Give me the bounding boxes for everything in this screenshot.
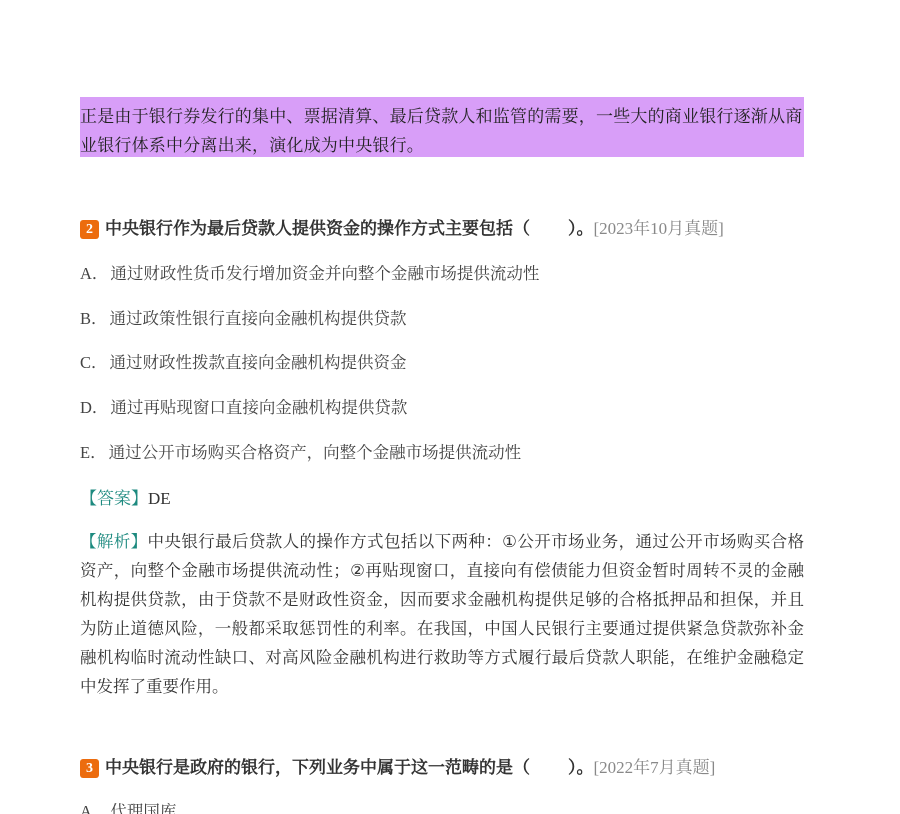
question-source: [2022年7月真题] bbox=[594, 758, 716, 777]
option-c: C．通过财政性拨款直接向金融机构提供资金 bbox=[80, 349, 407, 373]
option-a: A．代理国库 bbox=[80, 798, 176, 814]
option-b: B．通过政策性银行直接向金融机构提供贷款 bbox=[80, 305, 407, 329]
highlighted-passage-text: 正是由于银行券发行的集中、票据清算、最后贷款人和监管的需要，一些大的商业银行逐渐… bbox=[80, 103, 804, 161]
question-text: 中央银行作为最后贷款人提供资金的操作方式主要包括（ bbox=[105, 219, 530, 239]
option-a: A．通过财政性货币发行增加资金并向整个金融市场提供流动性 bbox=[80, 260, 539, 284]
answer-label: 【答案】 bbox=[80, 489, 148, 509]
analysis: 【解析】中央银行最后贷款人的操作方式包括以下两种：①公开市场业务，通过公开市场购… bbox=[80, 527, 804, 701]
question-number-badge: 3 bbox=[80, 759, 99, 778]
question-3-title: 3中央银行是政府的银行，下列业务中属于这一范畴的是（）。[2022年7月真题] bbox=[80, 753, 820, 778]
question-text: 中央银行是政府的银行，下列业务中属于这一范畴的是（ bbox=[105, 758, 530, 778]
option-d: D．通过再贴现窗口直接向金融机构提供贷款 bbox=[80, 394, 407, 418]
answer: 【答案】DE bbox=[80, 484, 171, 509]
answer-value: DE bbox=[148, 489, 171, 508]
question-number-badge: 2 bbox=[80, 220, 99, 239]
question-2-title: 2中央银行作为最后贷款人提供资金的操作方式主要包括（）。[2023年10月真题] bbox=[80, 214, 820, 239]
question-source: [2023年10月真题] bbox=[594, 219, 724, 238]
analysis-label: 【解析】 bbox=[80, 532, 148, 551]
option-e: E．通过公开市场购买合格资产，向整个金融市场提供流动性 bbox=[80, 439, 521, 463]
analysis-text: 中央银行最后贷款人的操作方式包括以下两种：①公开市场业务，通过公开市场购买合格资… bbox=[80, 532, 804, 696]
